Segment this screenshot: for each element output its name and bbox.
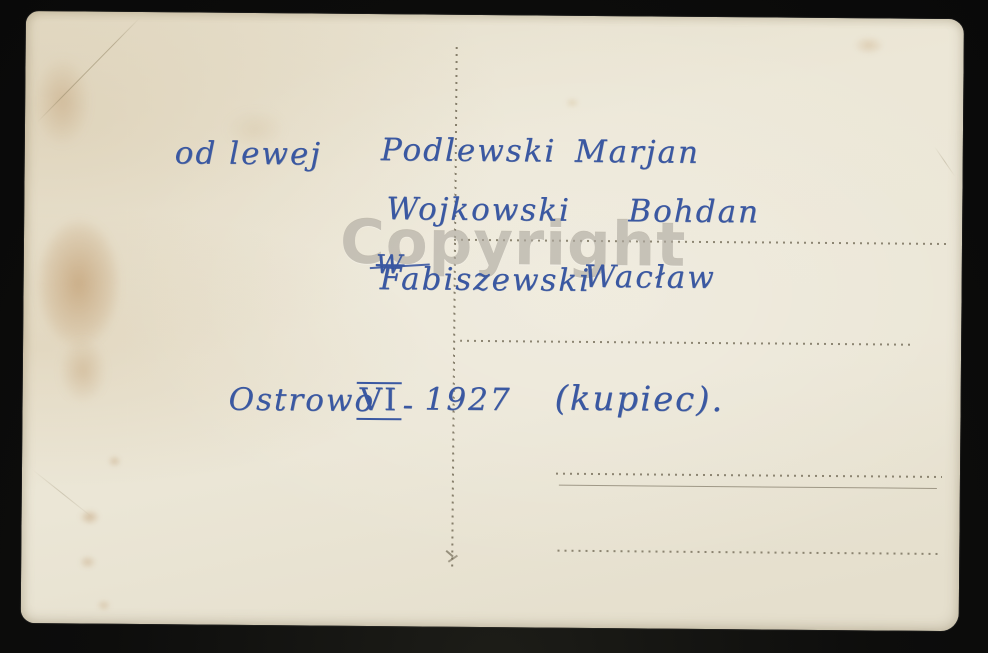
handwriting-note: (kupiec). bbox=[554, 382, 724, 417]
handwriting-month-roman: VI bbox=[356, 382, 401, 420]
handwriting-from-left-label: od lewej bbox=[175, 138, 322, 170]
handwriting-givenname-3: Wacław bbox=[584, 262, 716, 294]
stain-dot bbox=[80, 509, 100, 524]
handwriting-surname-2: Wojkowski bbox=[386, 194, 571, 227]
stain-left-upper bbox=[33, 55, 92, 148]
handwriting-surname-3: Fabiszewski bbox=[380, 264, 592, 297]
handwriting-dash: - bbox=[402, 390, 415, 421]
address-ruled-line-4 bbox=[557, 550, 941, 555]
address-ruled-line-3-solid bbox=[559, 485, 937, 489]
stain-dot bbox=[97, 600, 111, 611]
stain-dot bbox=[79, 555, 96, 568]
crease-right-edge bbox=[934, 146, 955, 176]
stain-dot bbox=[108, 456, 121, 467]
divider-line-vertical bbox=[451, 47, 458, 571]
stain-left-mid bbox=[59, 337, 108, 403]
stain-dot bbox=[565, 98, 579, 108]
handwriting-place: Ostrowo bbox=[228, 385, 375, 417]
address-ruled-line-2 bbox=[460, 340, 912, 346]
photo-background: Copyright od lewej Podlewski Marjan Wojk… bbox=[0, 0, 988, 653]
handwriting-givenname-2: Bohdan bbox=[628, 196, 760, 228]
stain-left-large bbox=[37, 219, 120, 348]
crease-bottom-left bbox=[32, 469, 94, 518]
handwriting-surname-1: Podlewski bbox=[381, 135, 557, 168]
stain-top-right bbox=[854, 36, 884, 54]
handwriting-givenname-1: Marjan bbox=[575, 137, 700, 169]
address-ruled-line-3-dotted bbox=[556, 473, 942, 478]
handwriting-year: 1927 bbox=[424, 384, 511, 416]
postcard: Copyright od lewej Podlewski Marjan Wojk… bbox=[21, 11, 964, 631]
